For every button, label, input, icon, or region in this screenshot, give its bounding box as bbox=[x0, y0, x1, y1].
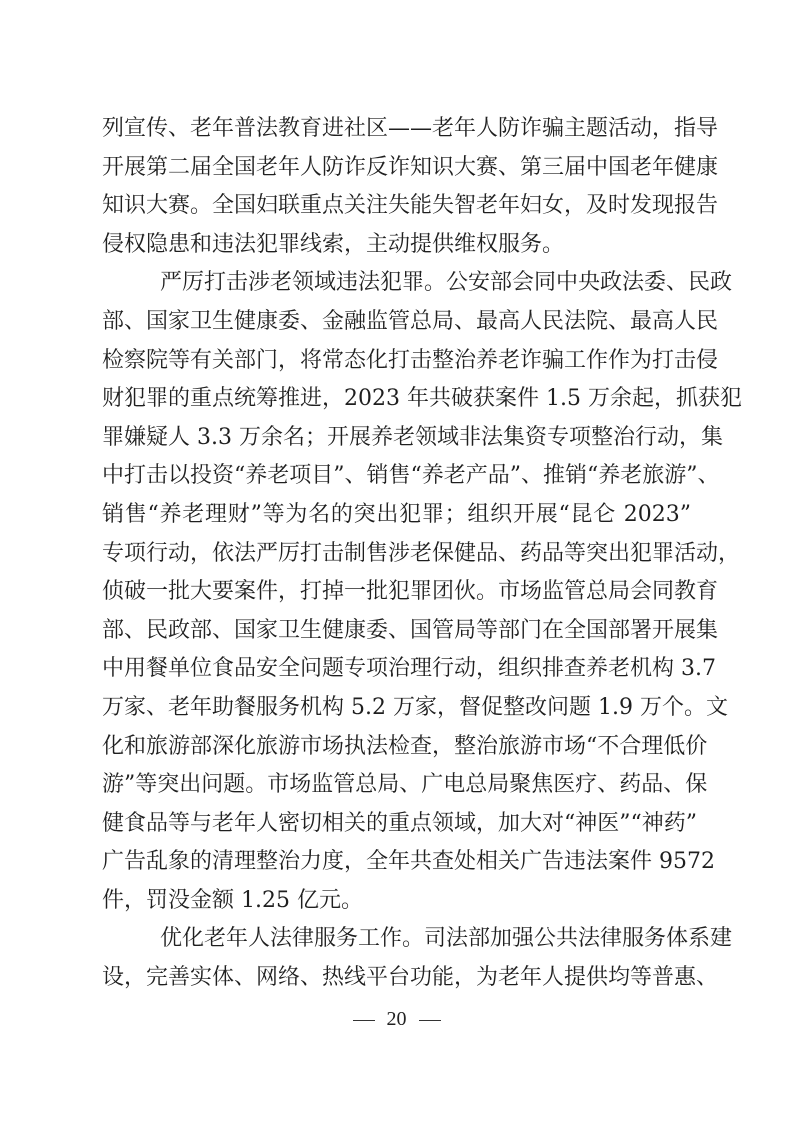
text-line: 设，完善实体、网络、热线平台功能，为老年人提供均等普惠、 bbox=[102, 959, 691, 998]
text-line: 侦破一批大要案件，打掉一批犯罪团伙。市场监管总局会同教育 bbox=[102, 573, 691, 612]
text-line: 销售“养老理财”等为名的突出犯罪；组织开展“昆仑 2023” bbox=[102, 496, 691, 535]
page-number: 20 bbox=[387, 1008, 407, 1030]
text-line: 严厉打击涉老领域违法犯罪。公安部会同中央政法委、民政 bbox=[102, 264, 691, 303]
text-line: 财犯罪的重点统筹推进，2023 年共破获案件 1.5 万余起，抓获犯 bbox=[102, 380, 691, 419]
text-line: 中用餐单位食品安全问题专项治理行动，组织排查养老机构 3.7 bbox=[102, 650, 691, 689]
document-body: 列宣传、老年普法教育进社区——老年人防诈骗主题活动，指导 开展第二届全国老年人防… bbox=[102, 110, 691, 998]
dash-right bbox=[419, 1020, 441, 1021]
text-line: 列宣传、老年普法教育进社区——老年人防诈骗主题活动，指导 bbox=[102, 110, 691, 149]
text-line: 知识大赛。全国妇联重点关注失能失智老年妇女，及时发现报告 bbox=[102, 187, 691, 226]
text-line: 广告乱象的清理整治力度，全年共查处相关广告违法案件 9572 bbox=[102, 843, 691, 882]
paragraph-crackdown-crimes: 严厉打击涉老领域违法犯罪。公安部会同中央政法委、民政 部、国家卫生健康委、金融监… bbox=[102, 264, 691, 920]
text-line: 专项行动，依法严厉打击制售涉老保健品、药品等突出犯罪活动， bbox=[102, 535, 691, 574]
text-line: 罪嫌疑人 3.3 万余名；开展养老领域非法集资专项整治行动，集 bbox=[102, 419, 691, 458]
text-line: 中打击以投资“养老项目”、销售“养老产品”、推销“养老旅游”、 bbox=[102, 457, 691, 496]
text-line: 优化老年人法律服务工作。司法部加强公共法律服务体系建 bbox=[102, 920, 691, 959]
text-line: 件，罚没金额 1.25 亿元。 bbox=[102, 882, 691, 921]
text-line: 部、民政部、国家卫生健康委、国管局等部门在全国部署开展集 bbox=[102, 612, 691, 651]
text-line: 健食品等与老年人密切相关的重点领域，加大对“神医”“神药” bbox=[102, 805, 691, 844]
text-line: 部、国家卫生健康委、金融监管总局、最高人民法院、最高人民 bbox=[102, 303, 691, 342]
dash-left bbox=[353, 1020, 375, 1021]
paragraph-elder-fraud-prevention: 列宣传、老年普法教育进社区——老年人防诈骗主题活动，指导 开展第二届全国老年人防… bbox=[102, 110, 691, 264]
page-footer: 20 bbox=[0, 1008, 793, 1031]
text-line: 侵权隐患和违法犯罪线索，主动提供维权服务。 bbox=[102, 226, 691, 265]
text-line: 万家、老年助餐服务机构 5.2 万家，督促整改问题 1.9 万个。文 bbox=[102, 689, 691, 728]
text-line: 游”等突出问题。市场监管总局、广电总局聚焦医疗、药品、保 bbox=[102, 766, 691, 805]
paragraph-legal-services: 优化老年人法律服务工作。司法部加强公共法律服务体系建 设，完善实体、网络、热线平… bbox=[102, 920, 691, 997]
text-line: 化和旅游部深化旅游市场执法检查，整治旅游市场“不合理低价 bbox=[102, 728, 691, 767]
text-line: 检察院等有关部门，将常态化打击整治养老诈骗工作作为打击侵 bbox=[102, 342, 691, 381]
text-line: 开展第二届全国老年人防诈反诈知识大赛、第三届中国老年健康 bbox=[102, 149, 691, 188]
